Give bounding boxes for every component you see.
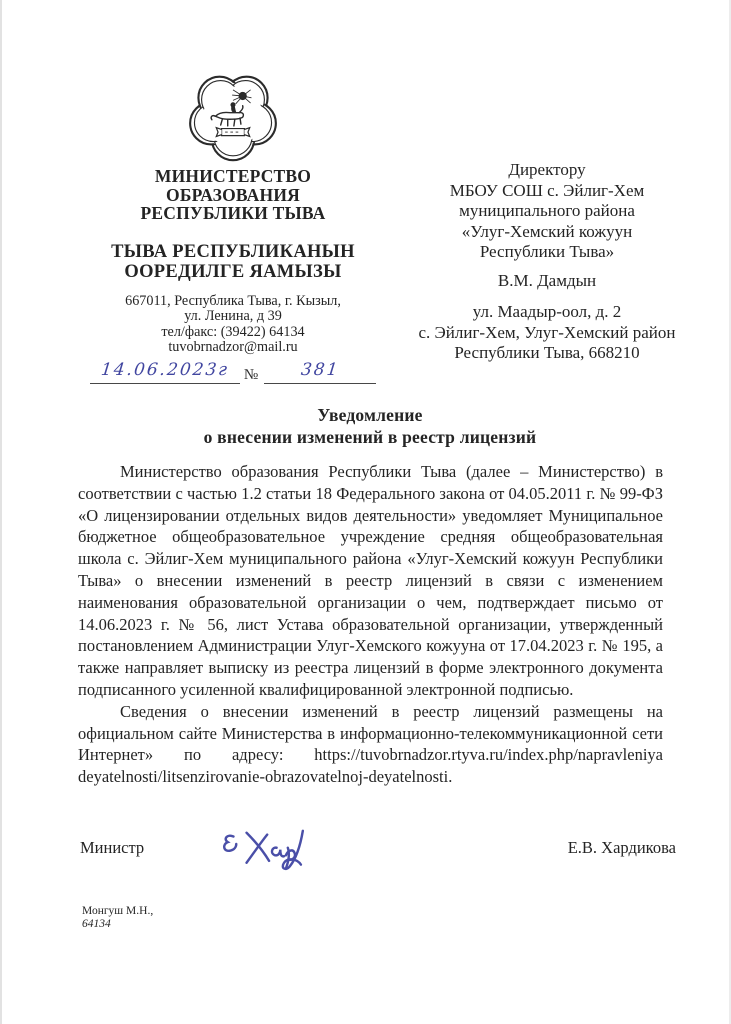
body-paragraph-1: Министерство образования Республики Тыва… xyxy=(78,461,663,701)
ministry-name-line: РЕСПУБЛИКИ ТЫВА xyxy=(76,204,390,223)
recipient-address-line: ул. Маадыр-оол, д. 2 xyxy=(402,302,692,323)
date-underline: 14.06.2023г xyxy=(90,360,240,384)
addressee-line: муниципального района xyxy=(402,201,692,222)
sender-address-line: 667011, Республика Тыва, г. Кызыл, xyxy=(76,294,390,310)
executor-phone: 64134 xyxy=(82,918,153,931)
addressee-line: МБОУ СОШ с. Эйлиг-Хем xyxy=(402,181,692,202)
signer-position-label: Министр xyxy=(80,838,144,858)
recipient-address-line: с. Эйлиг-Хем, Улуг-Хемский район xyxy=(402,323,692,344)
ministry-name-tyvan-line: ТЫВА РЕСПУБЛИКАНЫН xyxy=(76,242,390,262)
addressee-line: Республики Тыва» xyxy=(402,242,692,263)
sender-address-line: тел/факс: (39422) 64134 xyxy=(76,325,390,341)
signature-row: Министр Е.В. Хардикова xyxy=(80,838,676,878)
sender-address: 667011, Республика Тыва, г. Кызыл, ул. Л… xyxy=(76,294,390,356)
ministry-name-line: ОБРАЗОВАНИЯ xyxy=(76,186,390,205)
document-title-line: Уведомление xyxy=(78,404,662,426)
recipient-address-line: Республики Тыва, 668210 xyxy=(402,343,692,364)
number-sign-label: № xyxy=(244,367,258,383)
recipient-name: В.М. Дамдын xyxy=(402,271,692,292)
ministry-name-tyvan: ТЫВА РЕСПУБЛИКАНЫН ООРЕДИЛГЕ ЯАМЫЗЫ xyxy=(76,242,390,282)
sender-header-block: МИНИСТЕРСТВО ОБРАЗОВАНИЯ РЕСПУБЛИКИ ТЫВА… xyxy=(76,74,390,386)
addressee-block: Директору МБОУ СОШ с. Эйлиг-Хем муниципа… xyxy=(402,160,692,364)
addressee-line: Директору xyxy=(402,160,692,181)
document-body: Министерство образования Республики Тыва… xyxy=(78,461,663,788)
signer-name: Е.В. Хардикова xyxy=(568,838,676,858)
handwritten-number: 381 xyxy=(300,360,341,380)
sender-email: tuvobrnadzor@mail.ru xyxy=(76,340,390,356)
executor-name: Монгуш М.Н., xyxy=(82,905,153,918)
date-number-row: 14.06.2023г№381 xyxy=(76,360,390,386)
document-title: Уведомление о внесении изменений в реест… xyxy=(78,404,662,448)
tyva-coat-of-arms-emblem xyxy=(176,74,290,162)
handwritten-date: 14.06.2023г xyxy=(100,360,230,380)
scanned-letter-page: МИНИСТЕРСТВО ОБРАЗОВАНИЯ РЕСПУБЛИКИ ТЫВА… xyxy=(0,0,731,1024)
addressee-line: «Улуг-Хемский кожуун xyxy=(402,222,692,243)
number-underline: 381 xyxy=(264,360,376,384)
ministry-name-ru: МИНИСТЕРСТВО ОБРАЗОВАНИЯ РЕСПУБЛИКИ ТЫВА xyxy=(76,167,390,223)
scan-edge-left xyxy=(0,0,2,1024)
document-title-line: о внесении изменений в реестр лицензий xyxy=(78,426,662,448)
body-paragraph-2: Сведения о внесении изменений в реестр л… xyxy=(78,701,663,788)
sender-address-line: ул. Ленина, д 39 xyxy=(76,309,390,325)
ministry-name-line: МИНИСТЕРСТВО xyxy=(76,167,390,186)
minister-signature-autograph xyxy=(218,814,322,874)
recipient-address: ул. Маадыр-оол, д. 2 с. Эйлиг-Хем, Улуг-… xyxy=(402,302,692,364)
executor-block: Монгуш М.Н., 64134 xyxy=(82,905,153,931)
ministry-name-tyvan-line: ООРЕДИЛГЕ ЯАМЫЗЫ xyxy=(76,262,390,282)
